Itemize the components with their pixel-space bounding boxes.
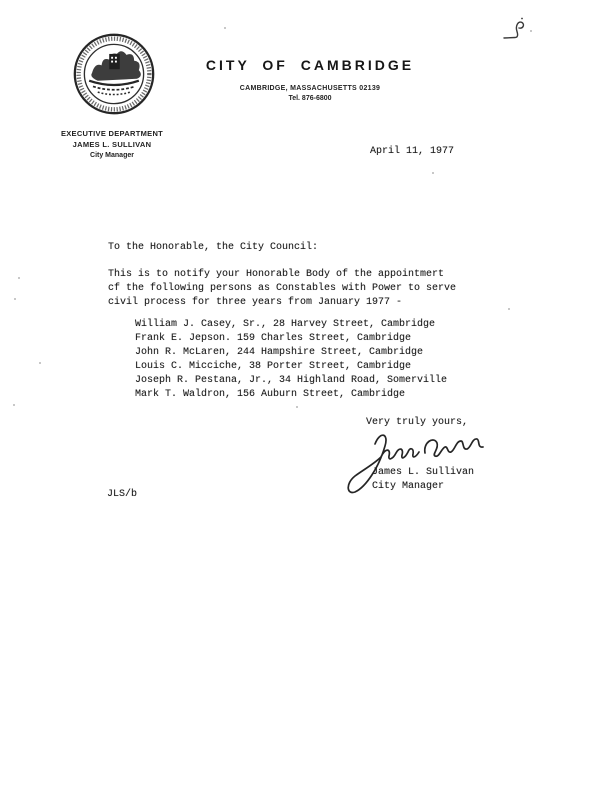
- letterhead-title: CITY OF CAMBRIDGE: [150, 57, 470, 73]
- appointee-line: Frank E. Jepson. 159 Charles Street, Cam…: [135, 332, 411, 346]
- appointee-line: Louis C. Micciche, 38 Porter Street, Cam…: [135, 360, 411, 374]
- body-line: cf the following persons as Constables w…: [108, 282, 456, 296]
- scan-speck: [296, 406, 298, 408]
- letterhead-manager-title: City Manager: [32, 152, 192, 159]
- scan-speck: [18, 277, 20, 279]
- scan-speck: [39, 362, 41, 364]
- handwritten-3-icon: [498, 12, 538, 52]
- salutation: To the Honorable, the City Council:: [108, 241, 318, 255]
- scan-speck: [224, 27, 226, 29]
- city-seal: [71, 31, 157, 117]
- letterhead-department: EXECUTIVE DEPARTMENT: [32, 129, 192, 138]
- scan-speck: [508, 308, 510, 310]
- scan-speck: [432, 172, 434, 174]
- letter-date: April 11, 1977: [370, 145, 454, 159]
- typist-initials: JLS/b: [107, 488, 137, 502]
- signer-name: James L. Sullivan: [372, 466, 474, 480]
- body-line: This is to notify your Honorable Body of…: [108, 268, 444, 282]
- appointee-line: Mark T. Waldron, 156 Auburn Street, Camb…: [135, 388, 405, 402]
- letterhead-phone: Tel. 876-6800: [150, 95, 470, 102]
- scan-speck: [13, 404, 15, 406]
- letterhead-address: CAMBRIDGE, MASSACHUSETTS 02139: [150, 85, 470, 92]
- city-seal-icon: [71, 31, 157, 117]
- handwritten-corner-mark: [498, 12, 538, 52]
- scan-speck: [14, 298, 16, 300]
- scan-speck: [530, 30, 532, 32]
- letterhead-manager-name: JAMES L. SULLIVAN: [32, 140, 192, 149]
- appointee-line: Joseph R. Pestana, Jr., 34 Highland Road…: [135, 374, 447, 388]
- body-line: civil process for three years from Janua…: [108, 296, 402, 310]
- signer-title: City Manager: [372, 480, 444, 494]
- appointee-line: John R. McLaren, 244 Hampshire Street, C…: [135, 346, 423, 360]
- letter-page: CITY OF CAMBRIDGE CAMBRIDGE, MASSACHUSET…: [0, 0, 592, 800]
- appointee-line: William J. Casey, Sr., 28 Harvey Street,…: [135, 318, 435, 332]
